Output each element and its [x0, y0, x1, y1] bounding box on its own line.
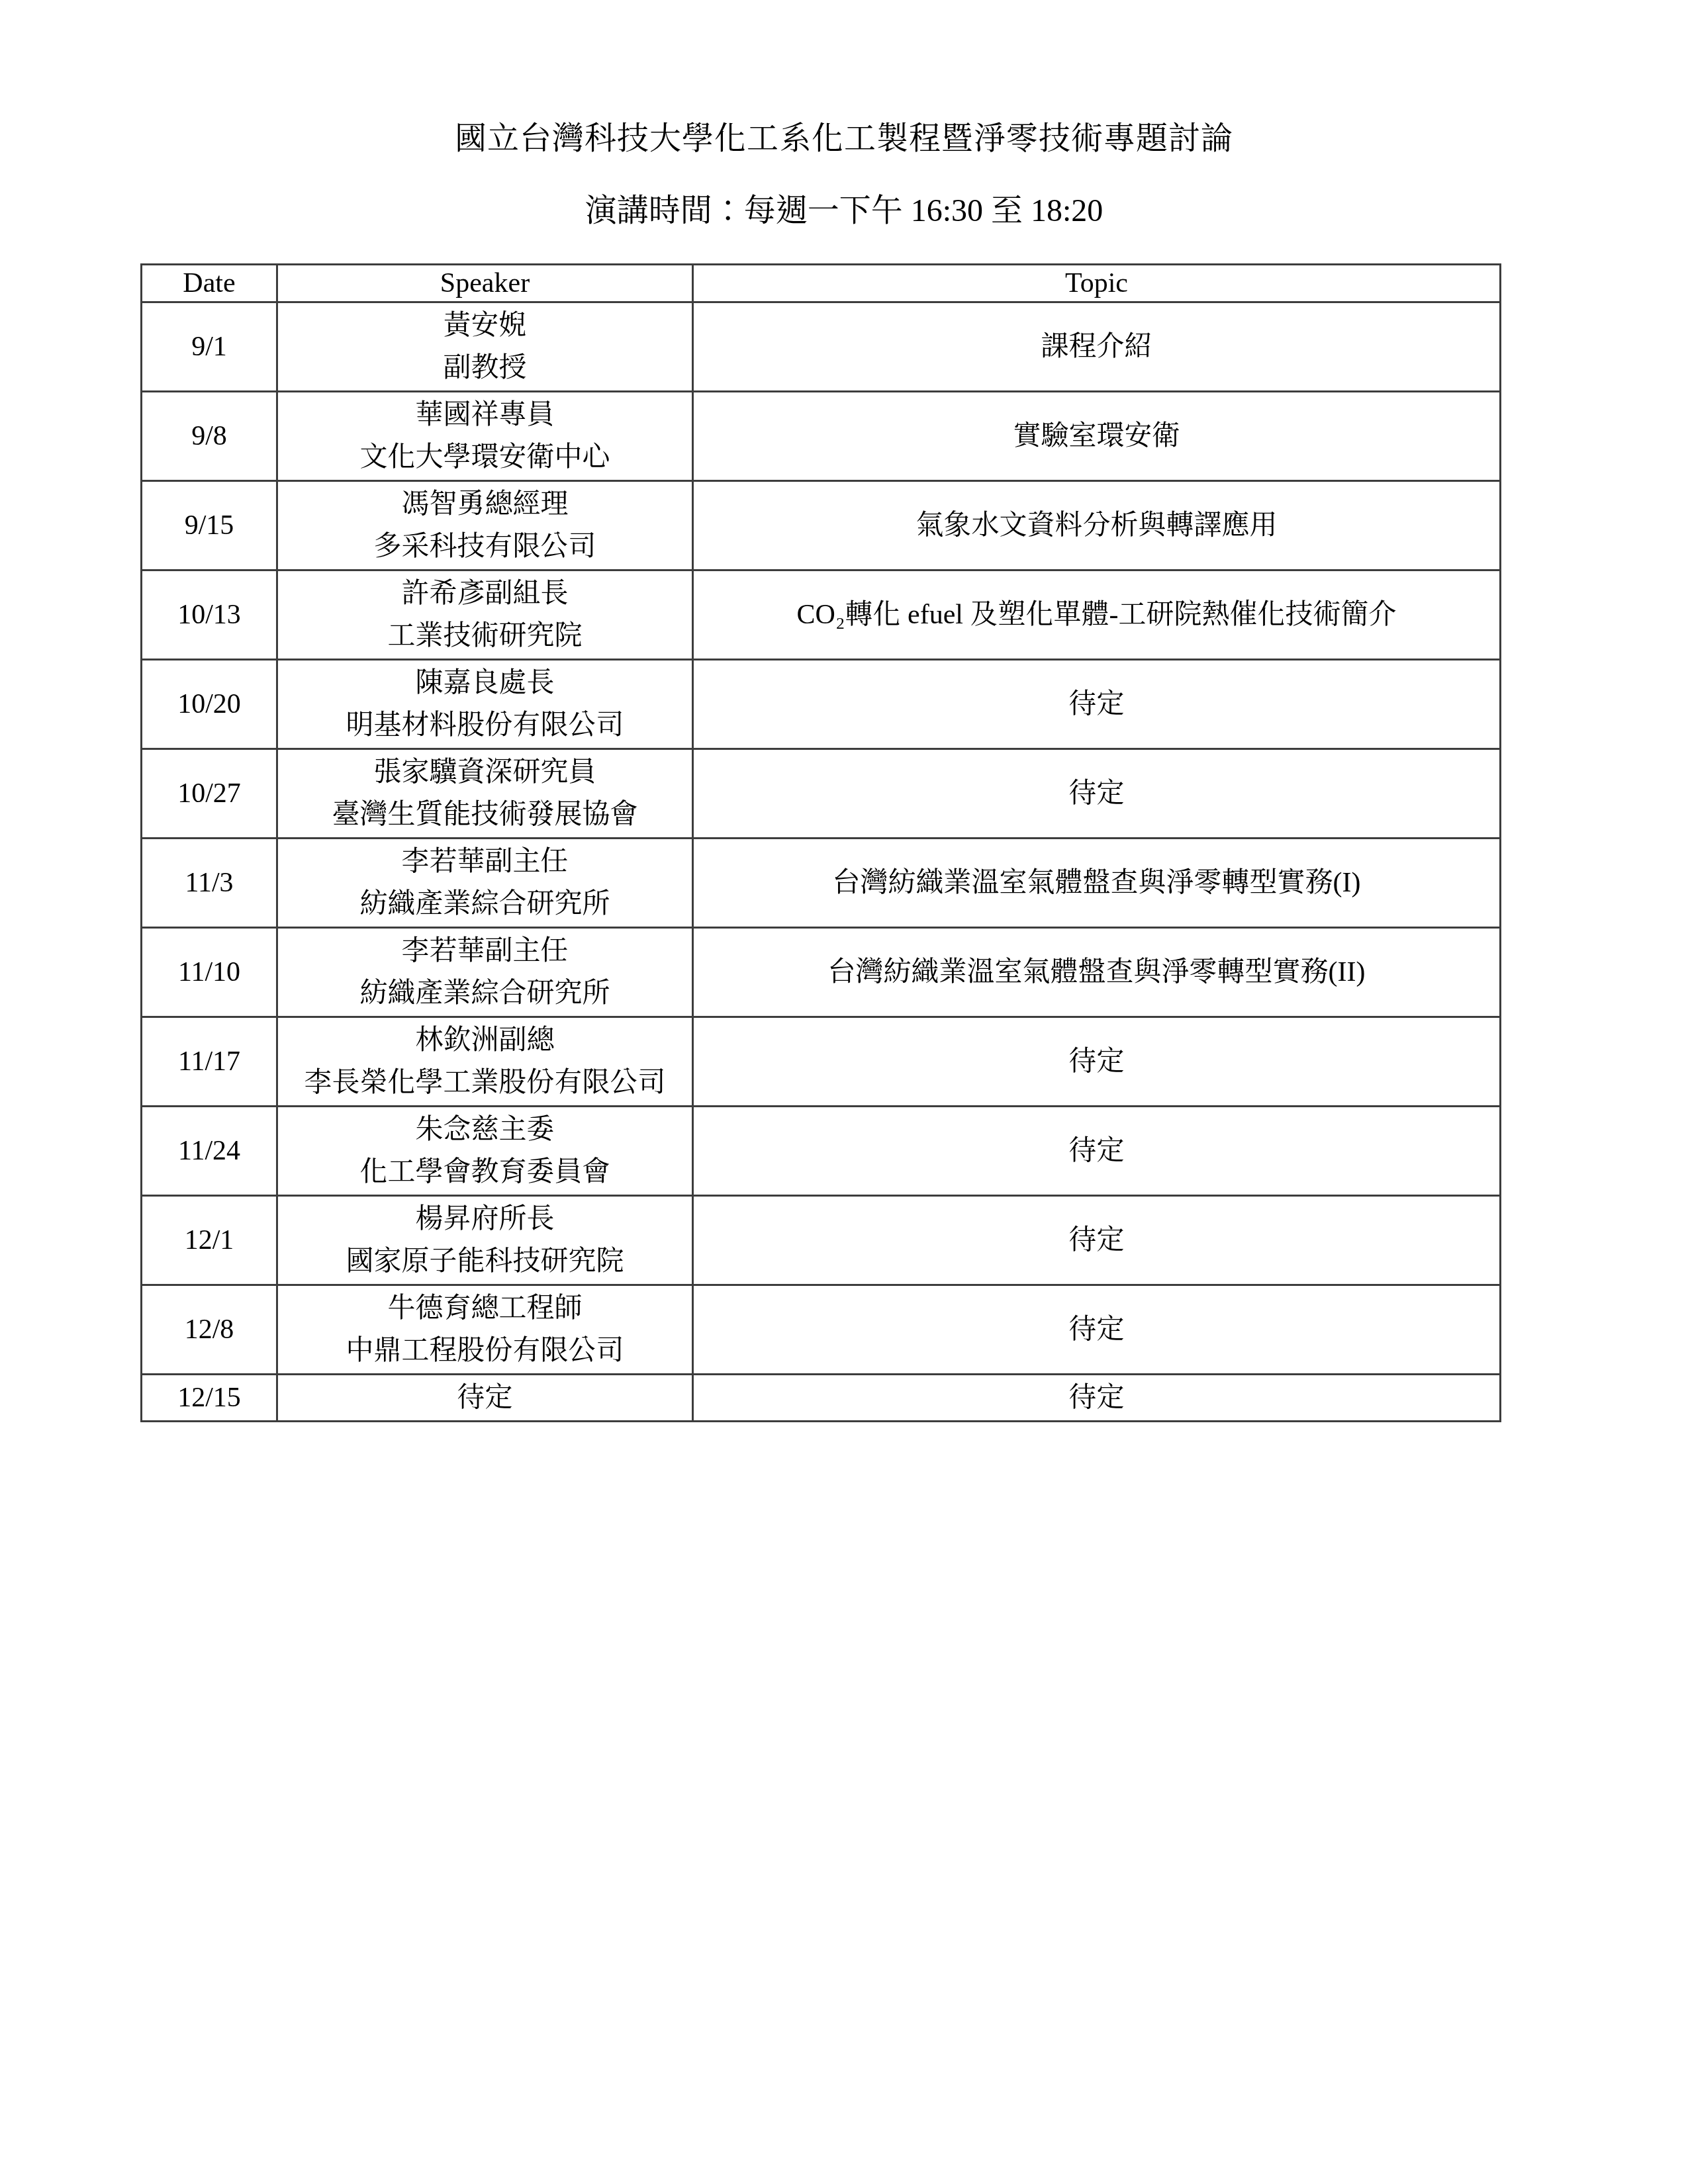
- speaker-line: 工業技術研究院: [278, 615, 692, 657]
- speaker-line: 文化大學環安衛中心: [278, 436, 692, 478]
- speaker-line: 明基材料股份有限公司: [278, 704, 692, 747]
- speaker-line: 待定: [278, 1377, 692, 1419]
- speaker-line: 副教授: [278, 347, 692, 389]
- topic-cell: 待定: [693, 1107, 1501, 1196]
- table-row: 9/8華國祥專員文化大學環安衛中心實驗室環安衛: [142, 392, 1501, 481]
- speaker-line: 許希彥副組長: [278, 572, 692, 615]
- speaker-line: 李長榮化學工業股份有限公司: [278, 1062, 692, 1104]
- header-row: Date Speaker Topic: [142, 265, 1501, 302]
- speaker-cell: 馮智勇總經理多采科技有限公司: [277, 481, 693, 570]
- speaker-cell: 楊昇府所長國家原子能科技研究院: [277, 1196, 693, 1285]
- topic-cell: 課程介紹: [693, 302, 1501, 392]
- speaker-line: 國家原子能科技研究院: [278, 1240, 692, 1283]
- date-cell: 12/8: [142, 1285, 277, 1375]
- document-page: 國立台灣科技大學化工系化工製程暨淨零技術專題討論 演講時間：每週一下午 16:3…: [0, 0, 1688, 2184]
- header-speaker: Speaker: [277, 265, 693, 302]
- speaker-line: 楊昇府所長: [278, 1198, 692, 1240]
- speaker-line: 朱念慈主委: [278, 1109, 692, 1151]
- topic-cell: 待定: [693, 749, 1501, 839]
- speaker-line: 林欽洲副總: [278, 1019, 692, 1062]
- topic-cell: 待定: [693, 1196, 1501, 1285]
- date-cell: 11/24: [142, 1107, 277, 1196]
- speaker-line: 紡織產業綜合研究所: [278, 972, 692, 1015]
- speaker-cell: 許希彥副組長工業技術研究院: [277, 570, 693, 660]
- table-row: 10/13許希彥副組長工業技術研究院CO₂轉化 efuel 及塑化單體-工研院熱…: [142, 570, 1501, 660]
- date-cell: 12/15: [142, 1375, 277, 1422]
- speaker-line: 臺灣生質能技術發展協會: [278, 794, 692, 836]
- date-cell: 10/20: [142, 660, 277, 749]
- speaker-cell: 朱念慈主委化工學會教育委員會: [277, 1107, 693, 1196]
- header-topic: Topic: [693, 265, 1501, 302]
- date-cell: 10/13: [142, 570, 277, 660]
- speaker-cell: 李若華副主任紡織產業綜合研究所: [277, 928, 693, 1017]
- speaker-line: 中鼎工程股份有限公司: [278, 1330, 692, 1372]
- speaker-cell: 李若華副主任紡織產業綜合研究所: [277, 839, 693, 928]
- speaker-line: 張家驥資深研究員: [278, 751, 692, 794]
- speaker-cell: 陳嘉良處長明基材料股份有限公司: [277, 660, 693, 749]
- topic-cell: CO₂轉化 efuel 及塑化單體-工研院熱催化技術簡介: [693, 570, 1501, 660]
- date-cell: 9/8: [142, 392, 277, 481]
- speaker-line: 陳嘉良處長: [278, 662, 692, 704]
- table-row: 12/1楊昇府所長國家原子能科技研究院待定: [142, 1196, 1501, 1285]
- speaker-cell: 林欽洲副總李長榮化學工業股份有限公司: [277, 1017, 693, 1107]
- date-cell: 11/17: [142, 1017, 277, 1107]
- schedule-table: Date Speaker Topic 9/1黃安婗副教授課程介紹9/8華國祥專員…: [140, 263, 1501, 1422]
- page-title: 國立台灣科技大學化工系化工製程暨淨零技術專題討論: [0, 0, 1688, 157]
- speaker-cell: 待定: [277, 1375, 693, 1422]
- table-row: 9/1黃安婗副教授課程介紹: [142, 302, 1501, 392]
- topic-cell: 台灣紡織業溫室氣體盤查與淨零轉型實務(I): [693, 839, 1501, 928]
- speaker-line: 化工學會教育委員會: [278, 1151, 692, 1193]
- date-cell: 11/10: [142, 928, 277, 1017]
- speaker-line: 紡織產業綜合研究所: [278, 883, 692, 925]
- table-row: 10/27張家驥資深研究員臺灣生質能技術發展協會待定: [142, 749, 1501, 839]
- topic-cell: 待定: [693, 1285, 1501, 1375]
- date-cell: 9/1: [142, 302, 277, 392]
- speaker-line: 李若華副主任: [278, 841, 692, 883]
- date-cell: 11/3: [142, 839, 277, 928]
- table-row: 11/3李若華副主任紡織產業綜合研究所台灣紡織業溫室氣體盤查與淨零轉型實務(I): [142, 839, 1501, 928]
- topic-cell: 實驗室環安衛: [693, 392, 1501, 481]
- speaker-cell: 黃安婗副教授: [277, 302, 693, 392]
- table-row: 11/17林欽洲副總李長榮化學工業股份有限公司待定: [142, 1017, 1501, 1107]
- table-row: 12/8牛德育總工程師中鼎工程股份有限公司待定: [142, 1285, 1501, 1375]
- speaker-cell: 張家驥資深研究員臺灣生質能技術發展協會: [277, 749, 693, 839]
- speaker-line: 多采科技有限公司: [278, 525, 692, 568]
- date-cell: 10/27: [142, 749, 277, 839]
- topic-cell: 台灣紡織業溫室氣體盤查與淨零轉型實務(II): [693, 928, 1501, 1017]
- topic-cell: 待定: [693, 1017, 1501, 1107]
- speaker-line: 華國祥專員: [278, 394, 692, 436]
- schedule-table-body: 9/1黃安婗副教授課程介紹9/8華國祥專員文化大學環安衛中心實驗室環安衛9/15…: [142, 302, 1501, 1422]
- header-date: Date: [142, 265, 277, 302]
- table-row: 11/10李若華副主任紡織產業綜合研究所台灣紡織業溫室氣體盤查與淨零轉型實務(I…: [142, 928, 1501, 1017]
- speaker-line: 馮智勇總經理: [278, 483, 692, 525]
- speaker-line: 李若華副主任: [278, 930, 692, 972]
- speaker-cell: 牛德育總工程師中鼎工程股份有限公司: [277, 1285, 693, 1375]
- topic-cell: 待定: [693, 1375, 1501, 1422]
- table-row: 10/20陳嘉良處長明基材料股份有限公司待定: [142, 660, 1501, 749]
- date-cell: 12/1: [142, 1196, 277, 1285]
- topic-cell: 氣象水文資料分析與轉譯應用: [693, 481, 1501, 570]
- lecture-time-subtitle: 演講時間：每週一下午 16:30 至 18:20: [0, 157, 1688, 229]
- table-row: 11/24朱念慈主委化工學會教育委員會待定: [142, 1107, 1501, 1196]
- table-row: 9/15馮智勇總經理多采科技有限公司氣象水文資料分析與轉譯應用: [142, 481, 1501, 570]
- speaker-line: 牛德育總工程師: [278, 1287, 692, 1330]
- speaker-cell: 華國祥專員文化大學環安衛中心: [277, 392, 693, 481]
- topic-cell: 待定: [693, 660, 1501, 749]
- speaker-line: 黃安婗: [278, 304, 692, 347]
- date-cell: 9/15: [142, 481, 277, 570]
- table-row: 12/15待定待定: [142, 1375, 1501, 1422]
